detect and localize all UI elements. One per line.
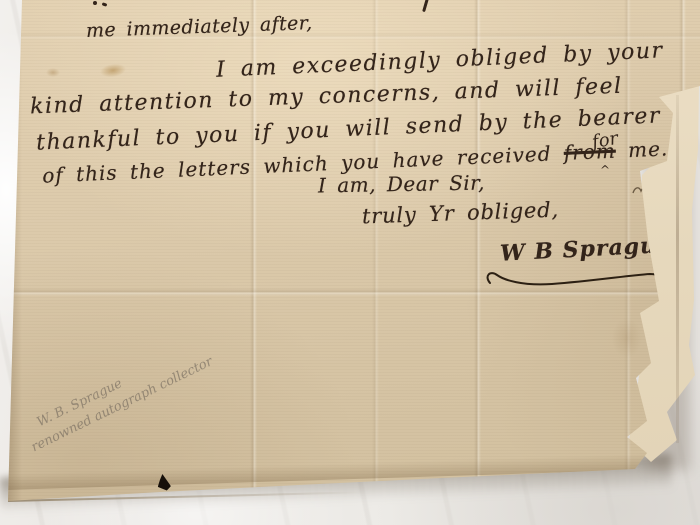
caret-inserted-word: for [590, 128, 619, 153]
cut-off-ink-stroke [93, 1, 97, 5]
pencil-annotation: W. B. Sprague renowned autograph collect… [19, 321, 243, 457]
pencil-annotation-line-2: renowned autograph collector [28, 339, 243, 457]
fold-crease-vertical-2 [372, 0, 379, 525]
pencil-annotation-line-1: W. B. Sprague [34, 321, 235, 432]
closing-line-1: I am, Dear Sir, [318, 173, 485, 196]
foxing-stain [99, 62, 127, 78]
letter-line-5-suffix: me. [628, 136, 669, 162]
cut-off-ink-stroke [422, 0, 428, 12]
fold-crease-vertical-4 [624, 0, 631, 525]
torn-flap-crack-line [676, 95, 679, 443]
foxing-stain [46, 68, 60, 77]
letter-sheet: me immediately after, I am exceedingly o… [0, 0, 700, 525]
fold-crease-vertical-5 [679, 0, 686, 95]
signature-flourish [482, 266, 662, 290]
foxing-stain [612, 318, 642, 358]
cut-off-ink-stroke [102, 2, 108, 7]
insertion-caret: ^ [600, 163, 610, 177]
closing-line-2: truly Yr obliged, [362, 200, 560, 228]
letter-photograph: me immediately after, I am exceedingly o… [0, 0, 700, 525]
